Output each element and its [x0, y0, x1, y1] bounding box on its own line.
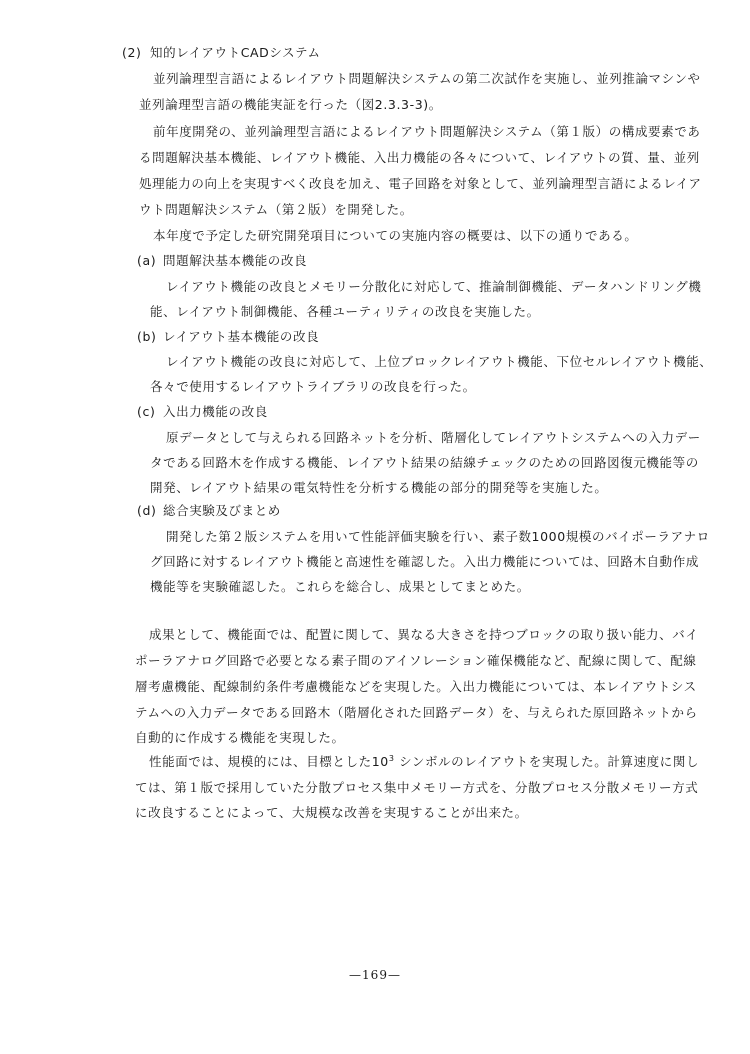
background-line: 前年度開発の、並列論理型言語によるレイアウト問題解決システム（第１版）の構成要素…	[153, 124, 700, 140]
item-a-line: レイアウト機能の改良とメモリー分散化に対応して、推論制御機能、データハンドリング…	[166, 279, 701, 295]
results-line: 自動的に作成する機能を実現した。	[135, 730, 345, 746]
overview-line: 本年度で予定した研究開発項目についての実施内容の概要は、以下の通りである。	[153, 228, 637, 244]
item-b-label: (b)	[137, 329, 163, 345]
item-b-line: レイアウト機能の改良に対応して、上位ブロックレイアウト機能、下位セルレイアウト機…	[166, 354, 712, 370]
item-d-label: (d)	[137, 503, 163, 519]
item-d-heading: (d)総合実験及びまとめ	[137, 503, 281, 519]
item-c-line: タである回路木を作成する機能、レイアウト結果の結線チェックのための回路図復元機能…	[150, 455, 699, 471]
item-a-label: (a)	[137, 253, 163, 269]
section-number: (2)	[122, 45, 150, 61]
performance-text: シンボルのレイアウトを実現した。計算速度に関し	[395, 754, 700, 769]
item-a-title: 問題解決基本機能の改良	[163, 253, 307, 268]
performance-line: ては、第１版で採用していた分散プロセス集中メモリー方式を、分散プロセス分散メモリ…	[135, 780, 698, 796]
item-b-title: レイアウト基本機能の改良	[163, 329, 319, 344]
page-number: —169—	[0, 968, 750, 982]
item-c-heading: (c)入出力機能の改良	[137, 404, 268, 420]
item-c-line: 開発、レイアウト結果の電気特性を分析する機能の部分的開発等を実施した。	[150, 480, 608, 496]
results-line: 成果として、機能面では、配置に関して、異なる大きさを持つブロックの取り扱い能力、…	[149, 627, 698, 643]
item-d-line: 開発した第２版システムを用いて性能評価実験を行い、素子数1000規模のバイポーラ…	[166, 529, 710, 545]
item-c-line: 原データとして与えられる回路ネットを分析、階層化してレイアウトシステムへの入力デ…	[166, 430, 701, 446]
item-a-heading: (a)問題解決基本機能の改良	[137, 253, 307, 269]
results-line: テムへの入力データである回路木（階層化された回路データ）を、与えられた原回路ネッ…	[135, 705, 698, 721]
background-line: 処理能力の向上を実現すべく改良を加え、電子回路を対象として、並列論理型言語による…	[139, 176, 702, 192]
performance-text: 性能面では、規模的には、目標とした10	[149, 754, 389, 769]
results-line: ポーラアナログ回路で必要となる素子間のアイソレーション確保機能など、配線に関して…	[135, 653, 696, 669]
document-page: (2)知的レイアウトCADシステム 並列論理型言語によるレイアウト問題解決システ…	[0, 0, 750, 1054]
item-c-title: 入出力機能の改良	[163, 404, 268, 419]
intro-line: 並列論理型言語の機能実証を行った（図2.3.3-3)。	[139, 97, 442, 113]
item-b-line: 各々で使用するレイアウトライブラリの改良を行った。	[150, 379, 476, 395]
item-d-line: グ回路に対するレイアウト機能と高速性を確認した。入出力機能については、回路木自動…	[150, 554, 699, 570]
item-b-heading: (b)レイアウト基本機能の改良	[137, 329, 319, 345]
item-c-label: (c)	[137, 404, 163, 420]
item-d-title: 総合実験及びまとめ	[163, 503, 281, 518]
background-line: る問題解決基本機能、レイアウト機能、入出力機能の各々について、レイアウトの質、量…	[139, 150, 700, 166]
item-d-line: 機能等を実験確認した。これらを総合し、成果としてまとめた。	[150, 579, 530, 595]
background-line: ウト問題解決システム（第２版）を開発した。	[139, 202, 413, 218]
performance-line: 性能面では、規模的には、目標とした103 シンボルのレイアウトを実現した。計算速…	[149, 754, 699, 770]
performance-line: に改良することによって、大規模な改善を実現することが出来た。	[135, 805, 528, 821]
section-title: 知的レイアウトCADシステム	[150, 45, 321, 60]
section-heading: (2)知的レイアウトCADシステム	[122, 45, 321, 61]
intro-line: 並列論理型言語によるレイアウト問題解決システムの第二次試作を実施し、並列推論マシ…	[153, 71, 701, 87]
results-line: 層考慮機能、配線制約条件考慮機能などを実現した。入出力機能については、本レイアウ…	[135, 679, 697, 695]
item-a-line: 能、レイアウト制御機能、各種ユーティリティの改良を実施した。	[150, 304, 540, 320]
